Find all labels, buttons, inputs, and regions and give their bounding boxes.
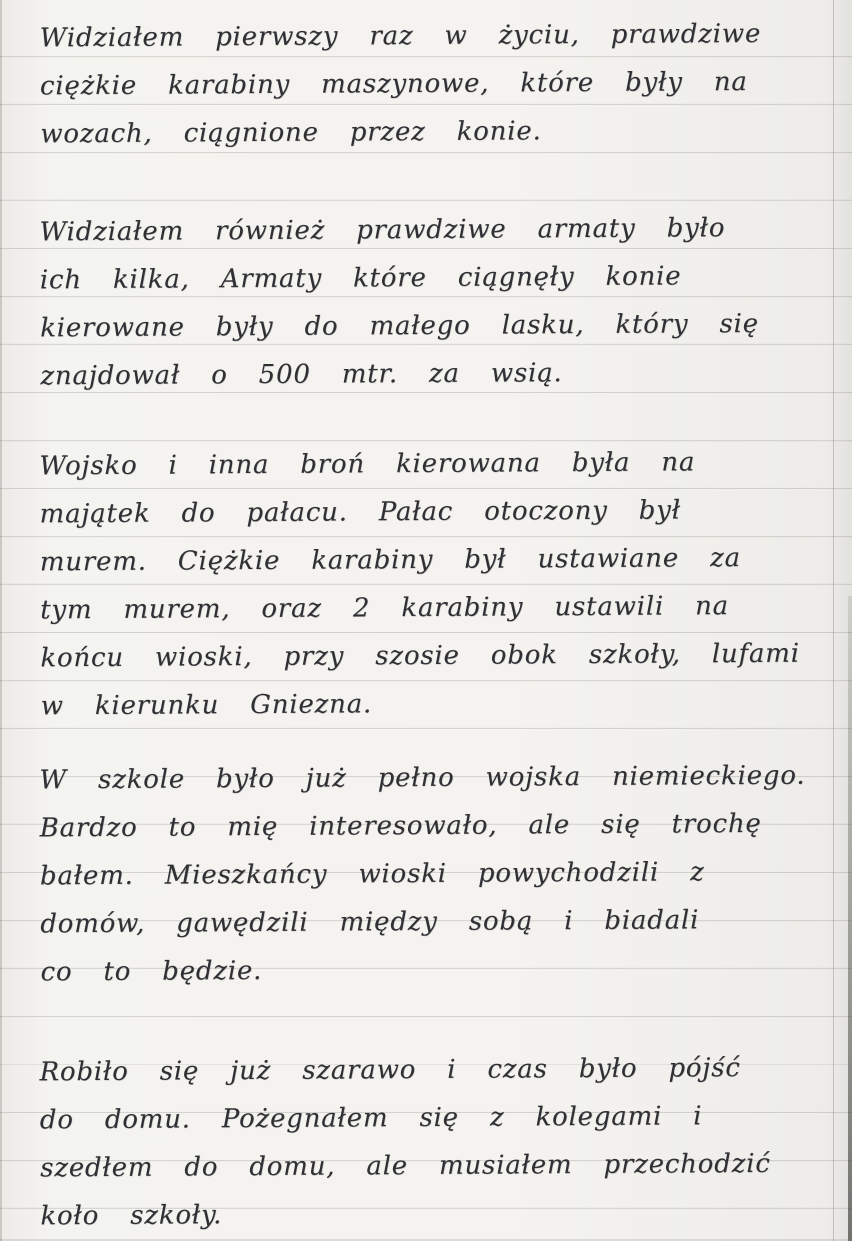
- handwritten-line: bałem. Mieszkańcy wioski powychodzili z: [40, 847, 838, 900]
- handwritten-line: ich kilka, Armaty które ciągnęły konie: [40, 251, 838, 304]
- paragraph-1: Widziałem pierwszy raz w życiu, prawdziw…: [0, 9, 852, 158]
- handwritten-line: ciężkie karabiny maszynowe, które były n…: [40, 57, 838, 110]
- handwritten-line: kierowane były do małego lasku, który si…: [40, 299, 838, 352]
- handwritten-line: Bardzo to mię interesowało, ale się troc…: [40, 799, 838, 852]
- handwritten-line: Wojsko i inna broń kierowana była na: [39, 437, 837, 490]
- handwritten-line: szedłem do domu, ale musiałem przechodzi…: [40, 1139, 838, 1192]
- handwritten-line: Robiło się już szarawo i czas było pójść: [39, 1043, 837, 1096]
- handwritten-line: majątek do pałacu. Pałac otoczony był: [39, 485, 837, 538]
- handwritten-line: koło szkoły.: [40, 1187, 838, 1240]
- manuscript-page: Widziałem pierwszy raz w życiu, prawdziw…: [0, 0, 852, 1241]
- handwritten-line: tym murem, oraz 2 karabiny ustawili na: [40, 581, 838, 634]
- paragraph-3: Wojsko i inna broń kierowana była na maj…: [0, 437, 852, 730]
- handwritten-line: znajdował o 500 mtr. za wsią.: [40, 347, 838, 400]
- handwritten-line: W szkole było już pełno wojska niemiecki…: [39, 751, 837, 804]
- paragraph-4: W szkole było już pełno wojska niemiecki…: [0, 751, 852, 996]
- handwritten-line: Widziałem również prawdziwe armaty było: [39, 203, 837, 256]
- paragraph-2: Widziałem również prawdziwe armaty było …: [0, 203, 852, 400]
- handwritten-line: Widziałem pierwszy raz w życiu, prawdziw…: [40, 9, 838, 62]
- handwritten-line: co to będzie.: [40, 943, 838, 996]
- handwritten-line: wozach, ciągnione przez konie.: [40, 105, 838, 158]
- handwritten-line: do domu. Pożegnałem się z kolegami i: [40, 1091, 838, 1144]
- handwritten-line: domów, gawędzili między sobą i biadali: [40, 895, 838, 948]
- handwritten-line: murem. Ciężkie karabiny był ustawiane za: [40, 533, 838, 586]
- handwritten-line: końcu wioski, przy szosie obok szkoły, l…: [40, 629, 838, 682]
- paragraph-5: Robiło się już szarawo i czas było pójść…: [0, 1043, 852, 1240]
- handwritten-line: w kierunku Gniezna.: [41, 677, 839, 730]
